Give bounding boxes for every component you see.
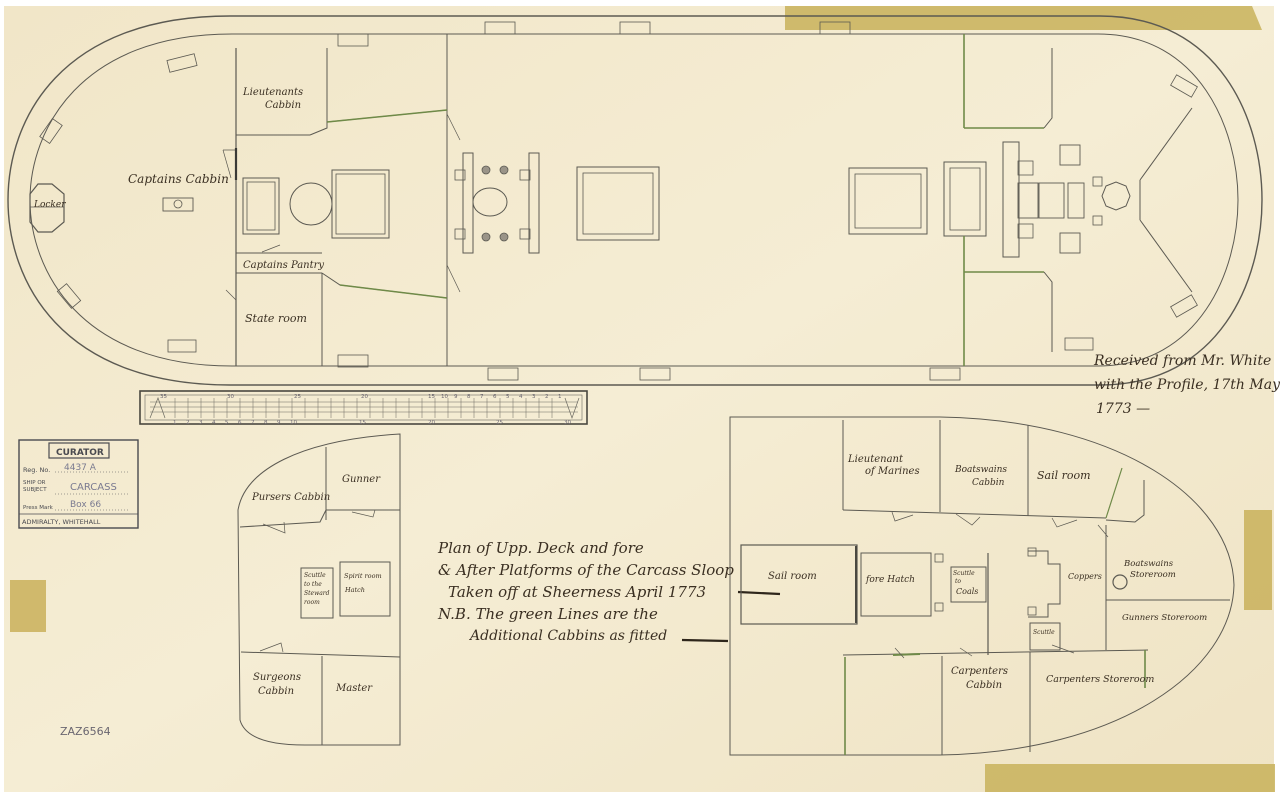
scale-tick-bottom-0: 1 <box>173 420 177 426</box>
scale-tick-bottom-4: 5 <box>225 420 229 426</box>
scale-tick-bottom-2: 3 <box>199 420 203 426</box>
scale-tick-bottom-6: 7 <box>251 420 255 426</box>
label-carpenters-storeroom: Carpenters Storeroom <box>1046 674 1154 685</box>
label-gunners-storeroom: Gunners Storeroom <box>1122 613 1207 623</box>
label-spirit-room-1: Spirit room <box>344 572 382 580</box>
label-lieutenant-marines-1: Lieutenant <box>847 454 904 465</box>
label-scuttle-coals-3: Coals <box>956 587 978 596</box>
label-boatswains-storeroom-2: Storeroom <box>1130 570 1176 580</box>
label-master: Master <box>335 683 373 694</box>
label-fore-hatch: fore Hatch <box>865 575 915 585</box>
scale-tick-top-0: 35 <box>160 394 167 400</box>
label-locker: Locker <box>33 200 66 210</box>
scale-tick-top-4: 15 <box>428 394 435 400</box>
label-surgeons-cabbin-1: Surgeons <box>253 672 301 683</box>
scale-tick-top-2: 25 <box>294 394 301 400</box>
label-pursers-cabbin: Pursers Cabbin <box>251 492 330 503</box>
stamp-footer: ADMIRALTY, WHITEHALL <box>22 518 101 526</box>
title-line-1: Plan of Upp. Deck and fore <box>437 539 644 557</box>
archive-reference: ZAZ6564 <box>60 725 111 738</box>
label-lieutenants-cabbin-2: Cabbin <box>265 100 301 111</box>
label-boatswains-storeroom-1: Boatswains <box>1123 559 1174 569</box>
scale-tick-top-5: 10 <box>441 394 448 400</box>
stamp-press-value: Box 66 <box>70 500 101 510</box>
label-scuttle-steward-4: room <box>304 599 320 606</box>
scale-tick-bottom-7: 8 <box>264 420 268 426</box>
label-scuttle-steward-3: Steward <box>304 590 330 597</box>
scale-tick-bottom-1: 2 <box>186 420 190 426</box>
scale-tick-bottom-12: 25 <box>496 420 503 426</box>
title-line-3: Taken off at Sheerness April 1773 <box>448 583 706 601</box>
scale-tick-top-13: 2 <box>545 394 549 400</box>
label-captains-pantry: Captains Pantry <box>243 260 324 271</box>
scale-tick-bottom-5: 6 <box>238 420 242 426</box>
received-note-line-3: 1773 — <box>1096 401 1150 417</box>
title-line-2: & After Platforms of the Carcass Sloop <box>438 561 734 579</box>
received-note-line-1: Received from Mr. White <box>1093 353 1271 369</box>
label-scuttle-coals-1: Scuttle <box>953 570 975 577</box>
scale-tick-bottom-10: 15 <box>359 420 366 426</box>
title-line-5: Additional Cabbins as fitted <box>468 628 667 644</box>
title-line-4: N.B. The green Lines are the <box>437 605 658 623</box>
scale-tick-top-14: 1 <box>558 394 562 400</box>
label-boatswains-cabbin-2: Cabbin <box>972 478 1005 488</box>
label-carpenters-cabbin-1: Carpenters <box>951 666 1008 677</box>
scale-tick-top-7: 8 <box>467 394 471 400</box>
label-scuttle-steward-2: to the <box>304 581 322 588</box>
ship-plan-drawing: Locker Captains Cabbin Lieutenants Cabbi… <box>0 0 1280 795</box>
label-lieutenants-cabbin-1: Lieutenants <box>242 87 303 98</box>
label-boatswains-cabbin-1: Boatswains <box>954 465 1007 475</box>
scale-tick-top-3: 20 <box>361 394 368 400</box>
scale-tick-top-6: 9 <box>454 394 458 400</box>
scale-tick-top-8: 7 <box>480 394 484 400</box>
label-scuttle: Scuttle <box>1033 629 1055 636</box>
scale-tick-bottom-11: 20 <box>428 420 435 426</box>
label-scuttle-steward-1: Scuttle <box>304 572 326 579</box>
label-coppers: Coppers <box>1068 572 1102 581</box>
label-surgeons-cabbin-2: Cabbin <box>258 686 294 697</box>
scale-tick-top-11: 4 <box>519 394 523 400</box>
stamp-ship-value: CARCASS <box>70 482 117 493</box>
label-scuttle-coals-2: to <box>955 578 961 585</box>
scale-tick-bottom-9: 10 <box>290 420 297 426</box>
stamp-heading: CURATOR <box>56 448 104 458</box>
label-sail-room-top: Sail room <box>1037 469 1091 482</box>
stamp-ship-label-1: SHIP OR <box>23 480 46 486</box>
label-sail-room: Sail room <box>768 571 817 582</box>
scale-tick-top-12: 3 <box>532 394 536 400</box>
stamp-reg-value: 4437 A <box>64 463 97 473</box>
stamp-ship-label-2: SUBJECT <box>23 487 47 493</box>
stamp-press-label: Press Mark <box>23 505 54 511</box>
label-spirit-room-2: Hatch <box>344 586 365 594</box>
label-state-room: State room <box>245 312 307 325</box>
received-note-line-2: with the Profile, 17th May <box>1094 377 1280 393</box>
scale-tick-top-10: 5 <box>506 394 510 400</box>
label-lieutenant-marines-2: of Marines <box>865 466 920 477</box>
scale-tick-bottom-13: 30 <box>564 420 571 426</box>
label-carpenters-cabbin-2: Cabbin <box>966 680 1002 691</box>
scale-tick-bottom-3: 4 <box>212 420 216 426</box>
label-captains-cabbin: Captains Cabbin <box>128 172 229 186</box>
scale-tick-top-1: 30 <box>227 394 234 400</box>
label-gunner: Gunner <box>342 474 381 485</box>
scale-tick-bottom-8: 9 <box>277 420 281 426</box>
stamp-reg-label: Reg. No. <box>23 466 50 474</box>
scale-tick-top-9: 6 <box>493 394 497 400</box>
